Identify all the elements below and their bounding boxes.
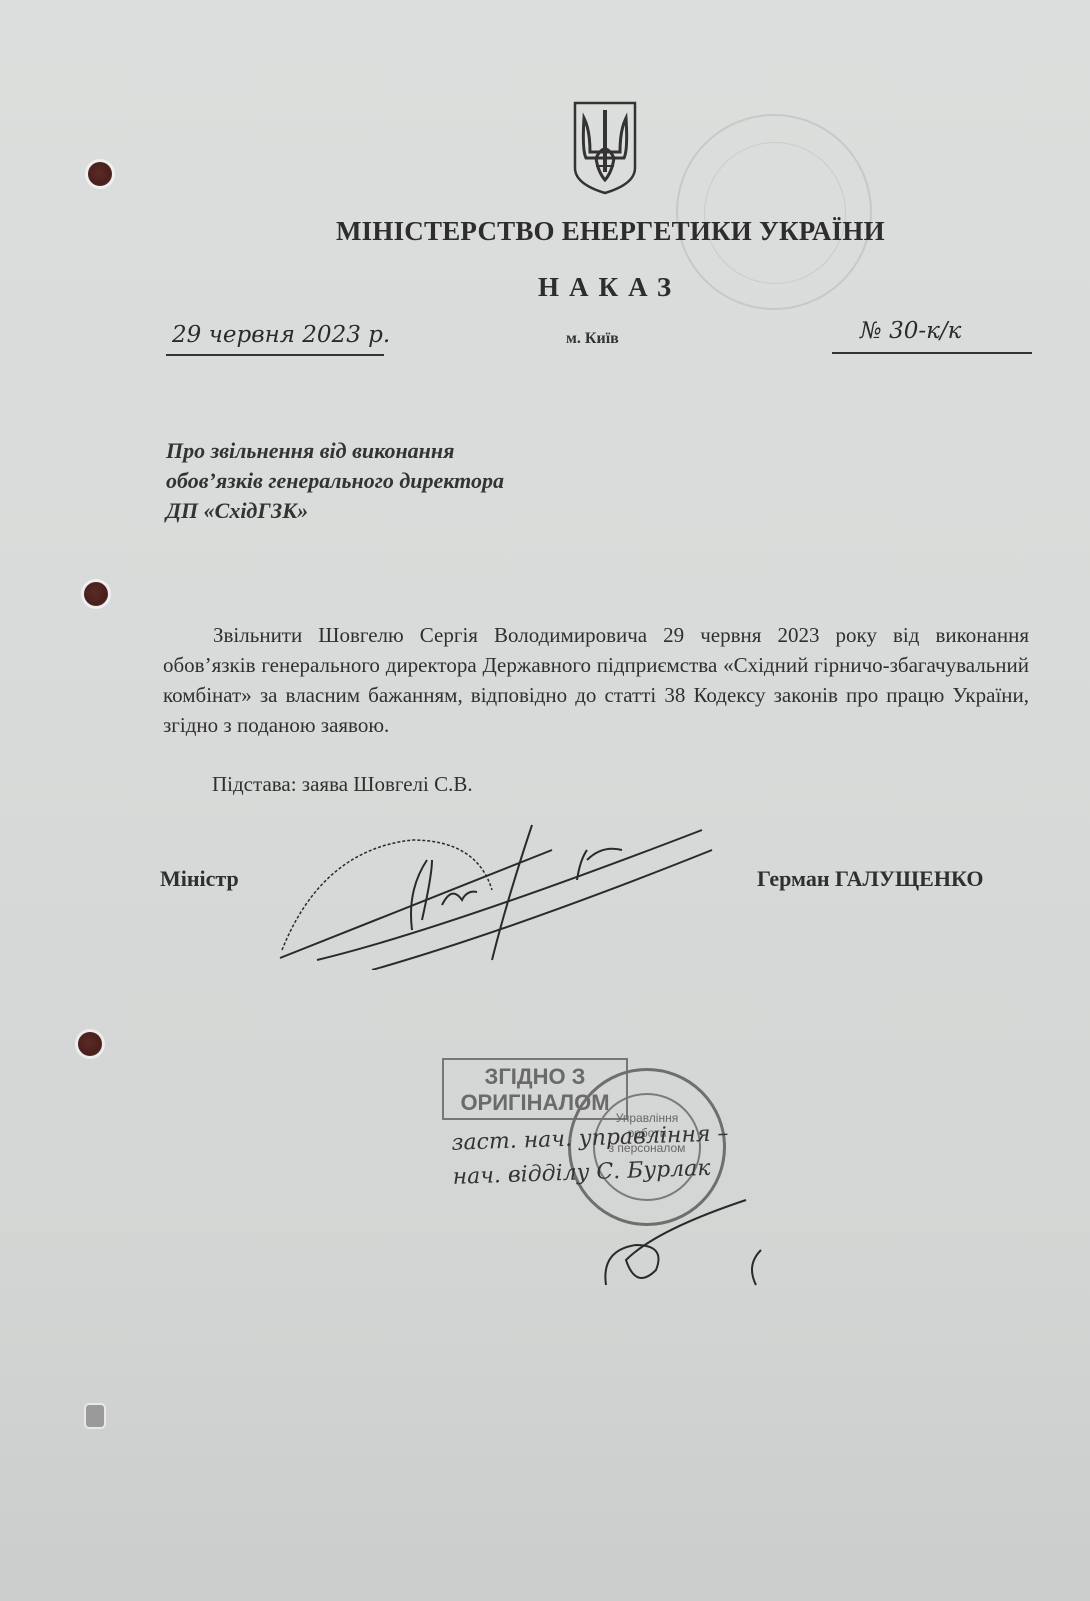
body-paragraph: Звільнити Шовгелю Сергія Володимировича … — [163, 620, 1029, 740]
handwritten-certification: заст. нач. управління – нач. відділу С. … — [451, 1117, 730, 1195]
date-underline — [166, 354, 384, 356]
document-page: МІНІСТЕРСТВО ЕНЕРГЕТИКИ УКРАЇНИ НАКАЗ 29… — [0, 0, 1090, 1601]
handwritten-order-number: № 30-к/к — [860, 318, 961, 344]
signatory-role: Міністр — [160, 866, 239, 892]
order-body: Звільнити Шовгелю Сергія Володимировича … — [163, 620, 1029, 740]
signatory-name: Герман ГАЛУЩЕНКО — [757, 866, 984, 892]
punch-hole — [88, 162, 112, 186]
signature-scribble — [262, 820, 722, 975]
punch-hole — [84, 582, 108, 606]
document-type-title: НАКАЗ — [538, 272, 681, 303]
handwritten-date: 29 червня 2023 р. — [172, 322, 390, 348]
basis-line: Підстава: заява Шовгелі С.В. — [212, 772, 473, 797]
subject-line: ДП «СхідГЗК» — [166, 496, 504, 526]
subject-line: Про звільнення від виконання — [166, 436, 504, 466]
certifier-signature — [596, 1190, 796, 1305]
number-underline — [832, 352, 1032, 354]
ministry-header: МІНІСТЕРСТВО ЕНЕРГЕТИКИ УКРАЇНИ — [336, 216, 885, 247]
torn-punch-hole — [86, 1405, 104, 1427]
trident-coat-of-arms-icon — [572, 100, 638, 201]
subject-line: обов’язків генерального директора — [166, 466, 504, 496]
city-label: м. Київ — [566, 330, 619, 348]
punch-hole — [78, 1032, 102, 1056]
order-subject: Про звільнення від виконання обов’язків … — [166, 436, 504, 526]
bleed-through-stamp — [676, 114, 872, 310]
